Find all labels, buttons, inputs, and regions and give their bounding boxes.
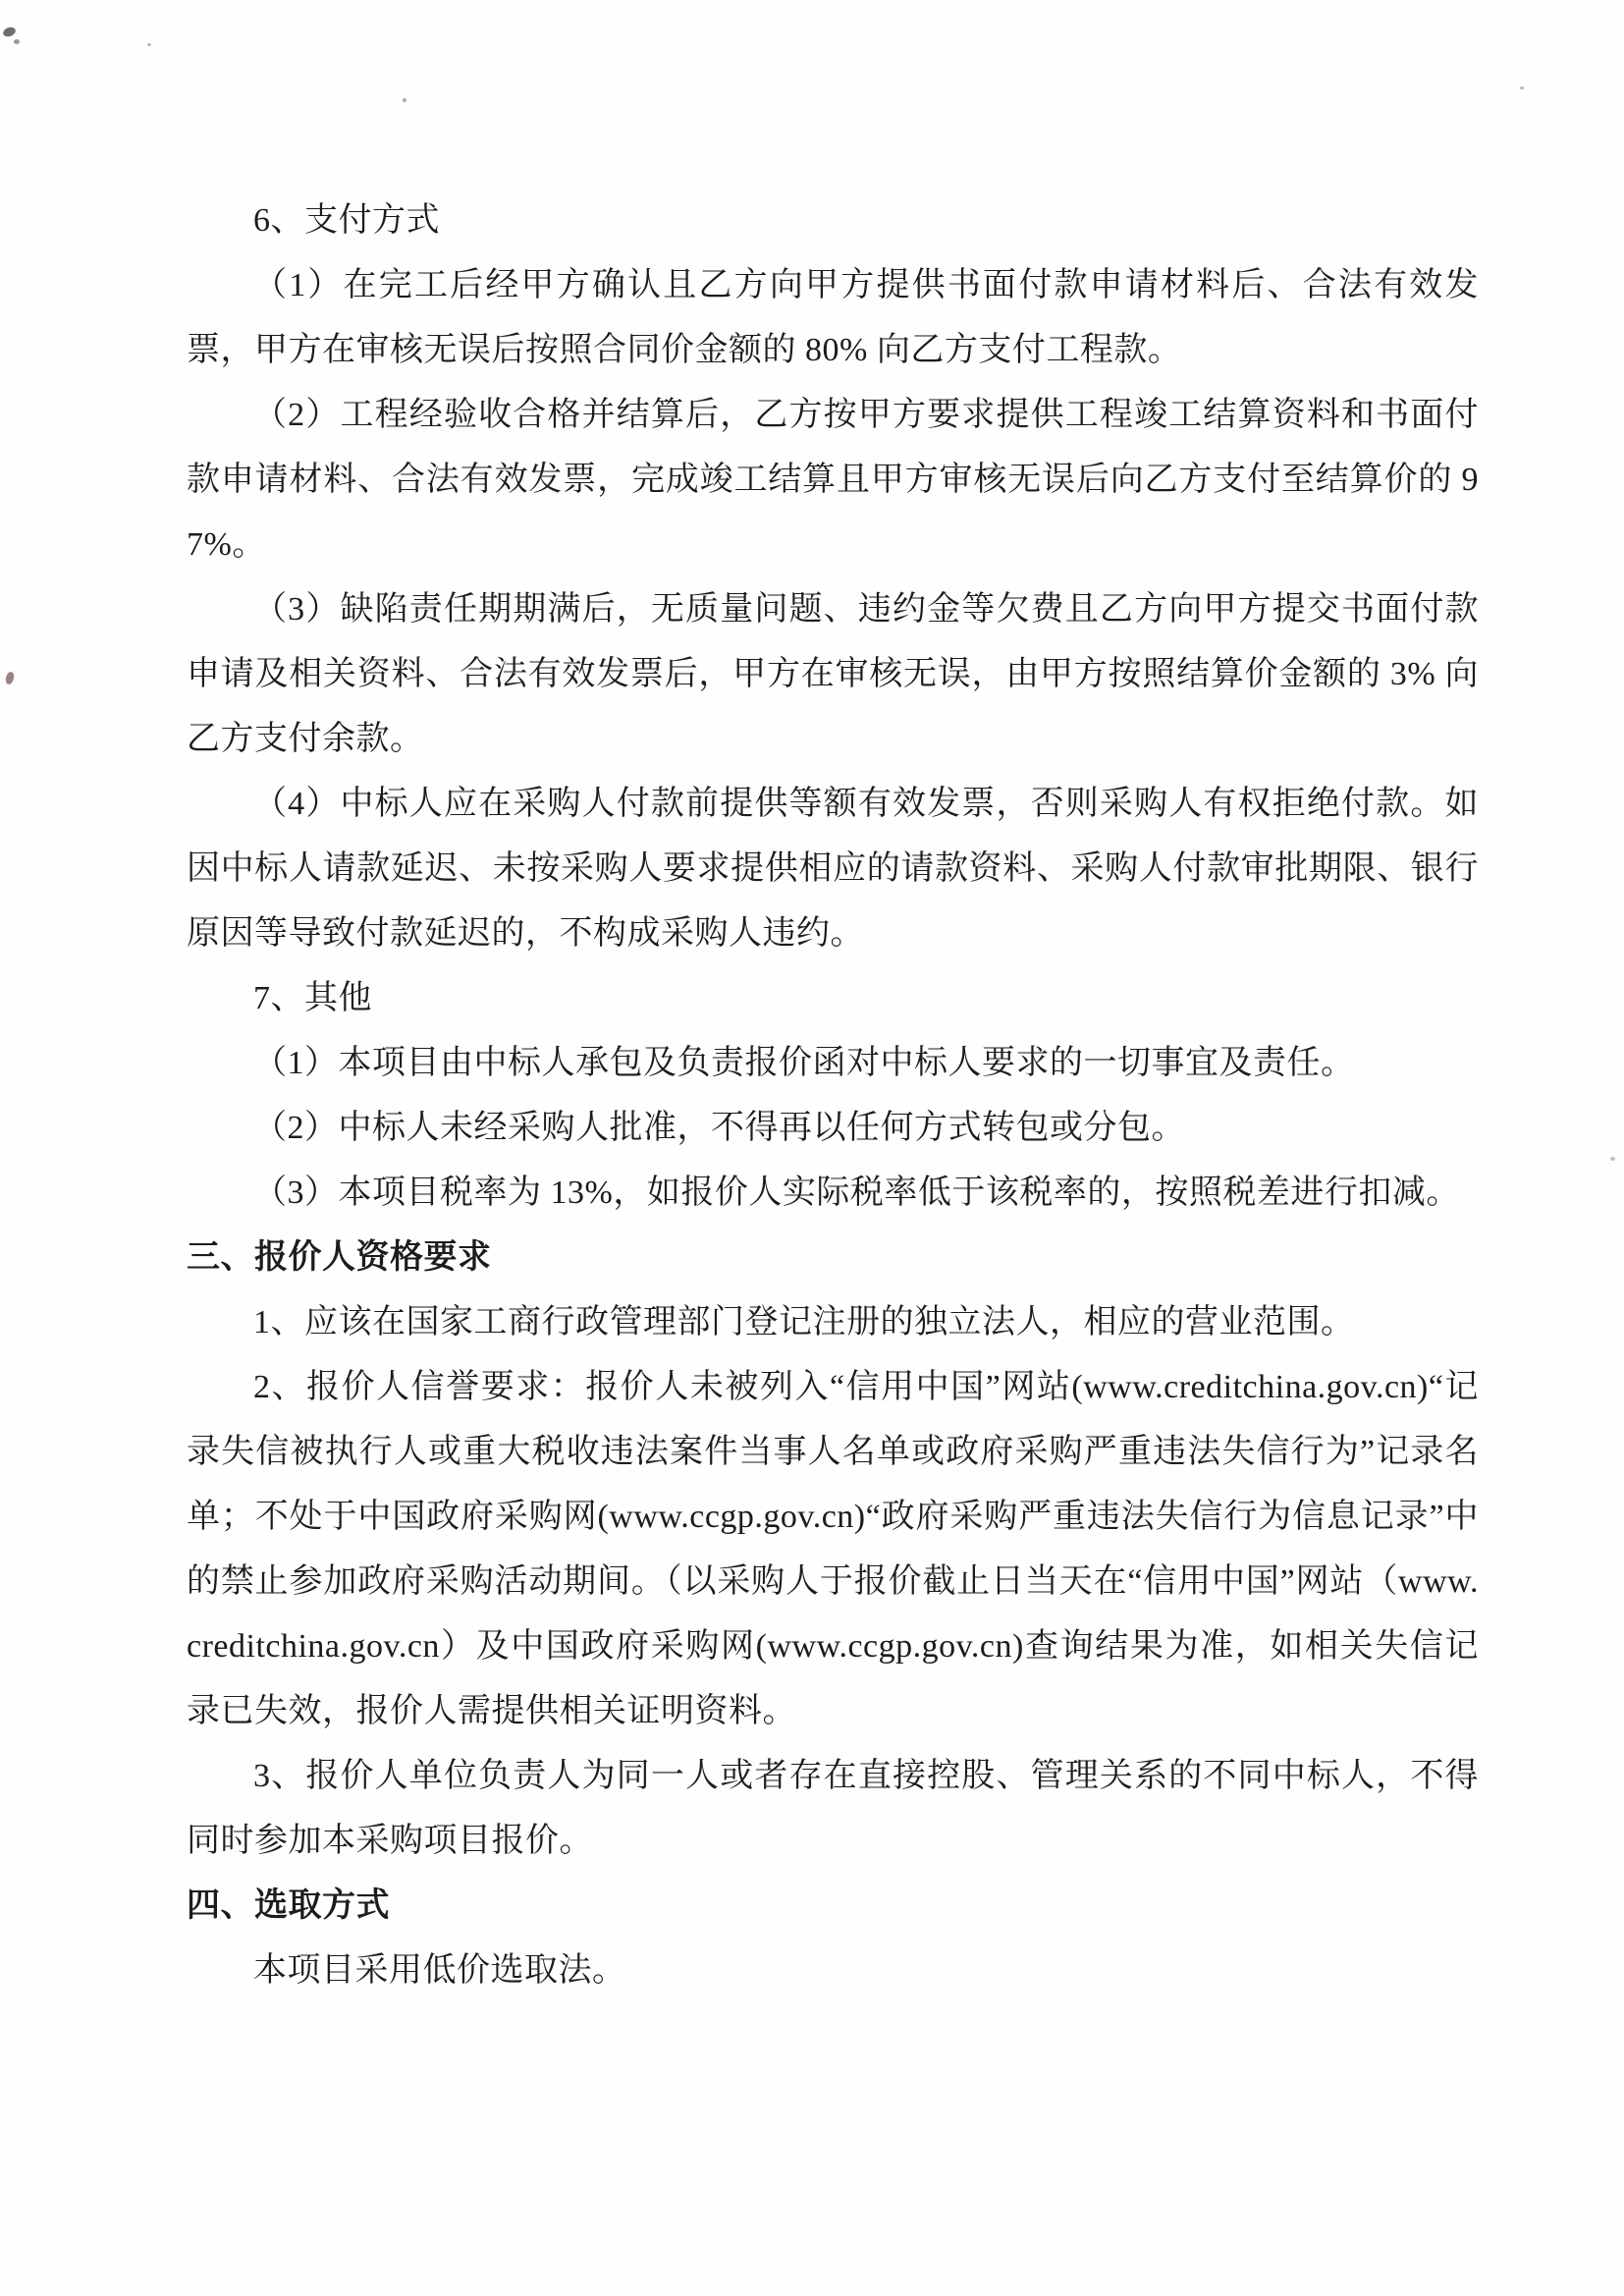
selection-method-text: 本项目采用低价选取法。 [187, 1939, 1479, 2003]
scanned-document-page: { "content": { "section_payment": { "hea… [0, 0, 1624, 2296]
payment-item-3: （3）缺陷责任期期满后，无质量问题、违约金等欠费且乙方向甲方提交书面付款申请及相… [187, 577, 1479, 772]
scan-speck [4, 671, 15, 685]
scan-speck [403, 98, 406, 102]
qualification-section-heading: 三、报价人资格要求 [187, 1226, 1479, 1290]
payment-item-4: （4）中标人应在采购人付款前提供等额有效发票，否则采购人有权拒绝付款。如因中标人… [187, 772, 1479, 966]
qualification-item-2: 2、报价人信誉要求：报价人未被列入“信用中国”网站(www.creditchin… [187, 1355, 1479, 1744]
payment-item-1: （1）在完工后经甲方确认且乙方向甲方提供书面付款申请材料后、合法有效发票，甲方在… [187, 253, 1479, 383]
payment-section-heading: 6、支付方式 [187, 189, 1479, 253]
other-item-2: （2）中标人未经采购人批准，不得再以任何方式转包或分包。 [187, 1096, 1479, 1161]
other-section-heading: 7、其他 [187, 966, 1479, 1031]
scan-speck [2, 26, 17, 38]
payment-item-2: （2）工程经验收合格并结算后，乙方按甲方要求提供工程竣工结算资料和书面付款申请材… [187, 383, 1479, 577]
qualification-item-3: 3、报价人单位负责人为同一人或者存在直接控股、管理关系的不同中标人，不得同时参加… [187, 1744, 1479, 1874]
scan-speck [1610, 1157, 1615, 1161]
scan-speck [14, 39, 20, 44]
scan-speck [1520, 86, 1524, 89]
other-item-1: （1）本项目由中标人承包及负责报价函对中标人要求的一切事宜及责任。 [187, 1031, 1479, 1096]
document-body: 6、支付方式 （1）在完工后经甲方确认且乙方向甲方提供书面付款申请材料后、合法有… [187, 189, 1479, 2003]
qualification-item-1: 1、应该在国家工商行政管理部门登记注册的独立法人，相应的营业范围。 [187, 1290, 1479, 1355]
other-item-3: （3）本项目税率为 13%，如报价人实际税率低于该税率的，按照税差进行扣减。 [187, 1161, 1479, 1226]
selection-section-heading: 四、选取方式 [187, 1874, 1479, 1939]
scan-speck [147, 43, 151, 46]
